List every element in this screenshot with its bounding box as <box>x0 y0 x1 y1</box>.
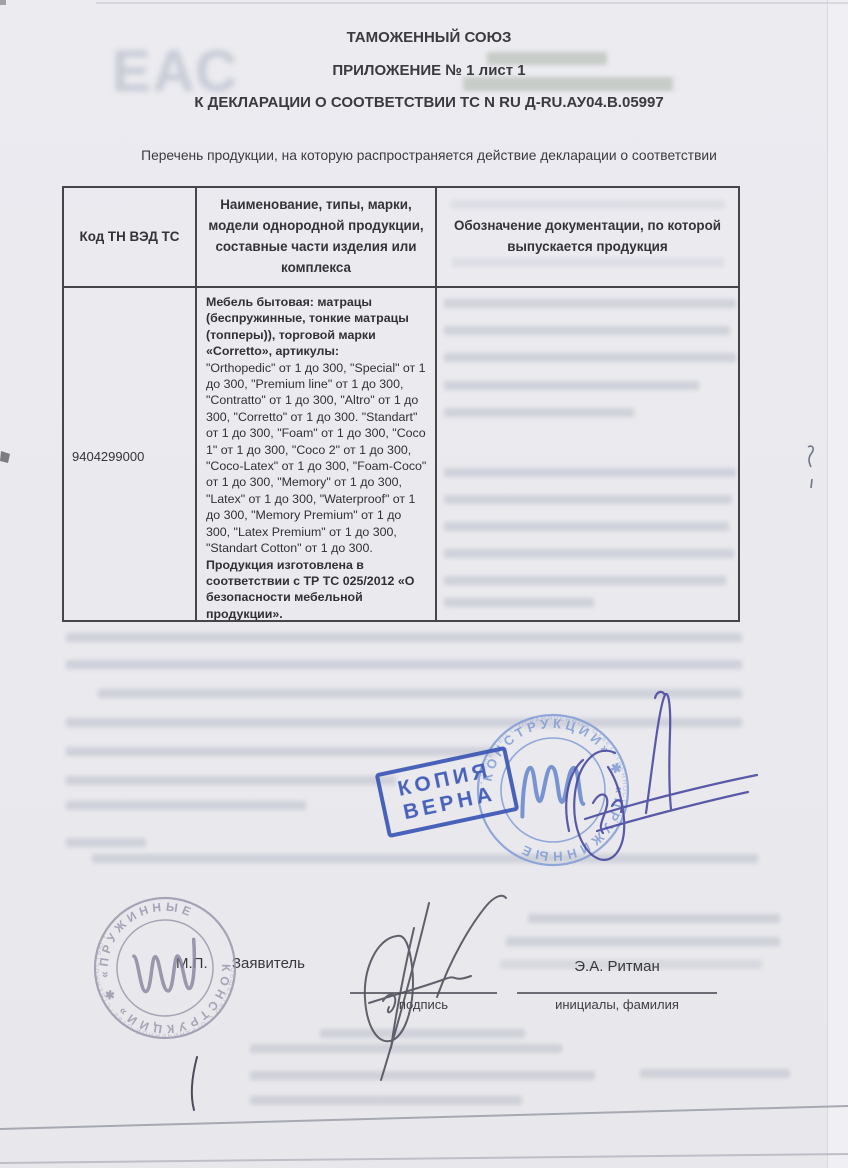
scanned-document-page: ЕАС ТАМОЖЕННЫЙ СОЮЗ ПРИЛОЖЕНИЕ № 1 лист … <box>0 0 848 1168</box>
table-cell-product: Мебель бытовая: матрацы (беспружинные, т… <box>197 288 437 620</box>
table-header-code: Код ТН ВЭД ТС <box>64 188 197 288</box>
name-line <box>517 992 717 994</box>
table-header-product: Наименование, типы, марки, модели одноро… <box>197 188 437 288</box>
product-articles: "Orthopedic" от 1 до 300, "Special" от 1… <box>206 360 427 557</box>
table-header-docs: Обозначение документации, по которой вып… <box>437 188 738 288</box>
product-note: Продукция изготовлена в соответствии с Т… <box>206 557 427 621</box>
signature-caption: подпись <box>350 997 497 1012</box>
doc-title-declaration: К ДЕКЛАРАЦИИ О СООТВЕТСТВИИ ТС N RU Д-RU… <box>10 94 848 111</box>
products-table: Код ТН ВЭД ТС Наименование, типы, марки,… <box>62 186 740 622</box>
doc-title-union: ТАМОЖЕННЫЙ СОЮЗ <box>10 29 848 46</box>
signature-line <box>350 992 497 994</box>
mp-label: М.П. <box>176 955 208 972</box>
printed-layer: ТАМОЖЕННЫЙ СОЮЗ ПРИЛОЖЕНИЕ № 1 лист 1 К … <box>0 0 848 1168</box>
name-caption: инициалы, фамилия <box>517 997 717 1012</box>
table-cell-docs <box>437 288 738 620</box>
doc-subtitle: Перечень продукции, на которую распростр… <box>10 148 848 163</box>
table-cell-code: 9404299000 <box>64 288 197 620</box>
applicant-label: Заявитель <box>232 955 305 972</box>
doc-title-appendix: ПРИЛОЖЕНИЕ № 1 лист 1 <box>10 62 848 79</box>
signer-name: Э.А. Ритман <box>517 958 717 975</box>
product-intro: Мебель бытовая: матрацы (беспружинные, т… <box>206 294 427 360</box>
